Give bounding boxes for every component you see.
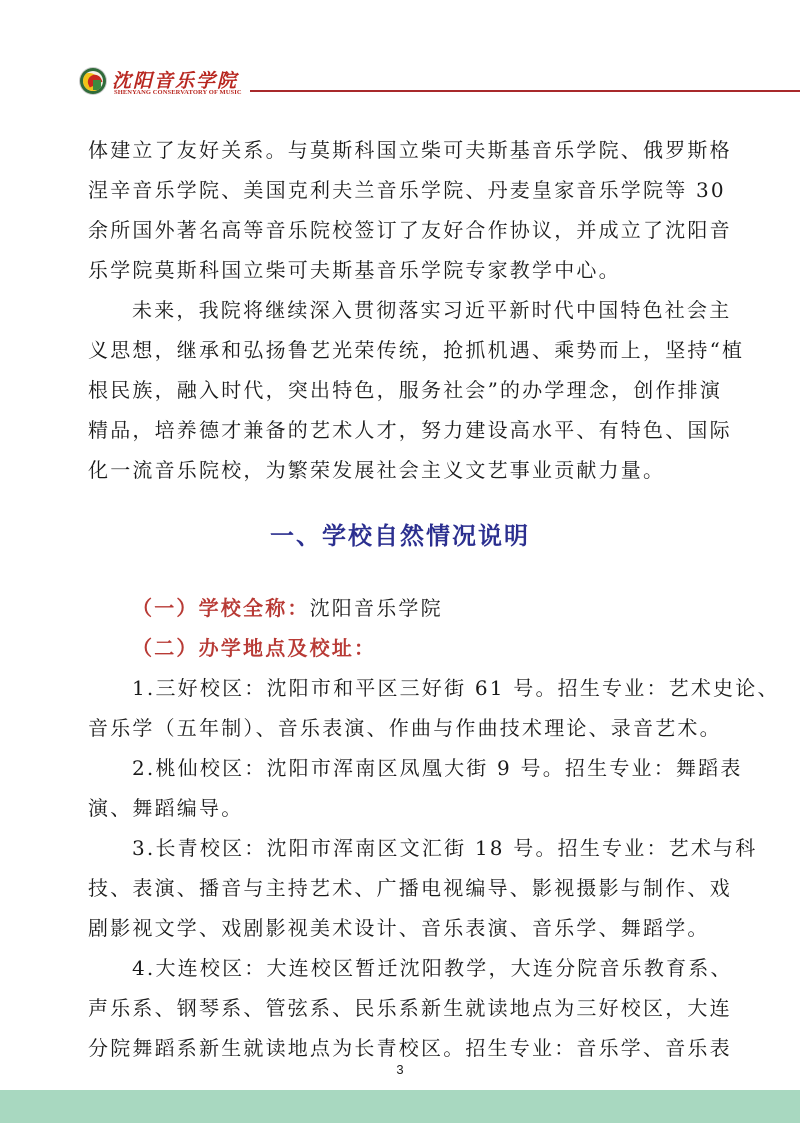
section-body: （一）学校全称：沈阳音乐学院 （二）办学地点及校址： 1.三好校区：沈阳市和平区…: [88, 588, 718, 1068]
school-full-name: （一）学校全称：沈阳音乐学院: [88, 588, 718, 628]
subhead-value: 沈阳音乐学院: [310, 596, 443, 620]
page-number: 3: [0, 1062, 800, 1077]
campus-item: 1.三好校区：沈阳市和平区三好街 61 号。招生专业：艺术史论、 音乐学（五年制…: [88, 668, 718, 748]
campus-item: 2.桃仙校区：沈阳市浑南区凤凰大街 9 号。招生专业：舞蹈表 演、舞蹈编导。: [88, 748, 718, 828]
text-line: 4.大连校区：大连校区暂迁沈阳教学，大连分院音乐教育系、: [88, 948, 718, 988]
document-body: 体建立了友好关系。与莫斯科国立柴可夫斯基音乐学院、俄罗斯格 涅辛音乐学院、美国克…: [88, 130, 718, 490]
text-line: 体建立了友好关系。与莫斯科国立柴可夫斯基音乐学院、俄罗斯格: [88, 130, 718, 170]
page-header: 沈阳音乐学院 SHENYANG CONSERVATORY OF MUSIC: [0, 0, 800, 110]
campus-locations-heading: （二）办学地点及校址：: [88, 628, 718, 668]
text-line: 演、舞蹈编导。: [88, 788, 718, 828]
text-line: 3.长青校区：沈阳市浑南区文汇街 18 号。招生专业：艺术与科: [88, 828, 718, 868]
header-divider: [250, 90, 800, 92]
text-line: 乐学院莫斯科国立柴可夫斯基音乐学院专家教学中心。: [88, 250, 718, 290]
text-line: 未来，我院将继续深入贯彻落实习近平新时代中国特色社会主: [88, 290, 718, 330]
text-line: 1.三好校区：沈阳市和平区三好街 61 号。招生专业：艺术史论、: [88, 668, 718, 708]
text-line: 涅辛音乐学院、美国克利夫兰音乐学院、丹麦皇家音乐学院等 30: [88, 170, 718, 210]
text-line: 技、表演、播音与主持艺术、广播电视编导、影视摄影与制作、戏: [88, 868, 718, 908]
intro-paragraph: 体建立了友好关系。与莫斯科国立柴可夫斯基音乐学院、俄罗斯格 涅辛音乐学院、美国克…: [88, 130, 718, 290]
text-line: 2.桃仙校区：沈阳市浑南区凤凰大街 9 号。招生专业：舞蹈表: [88, 748, 718, 788]
footer-band: [0, 1090, 800, 1123]
text-line: 剧影视文学、戏剧影视美术设计、音乐表演、音乐学、舞蹈学。: [88, 908, 718, 948]
school-emblem-icon: [80, 68, 106, 94]
subhead-label: （二）办学地点及校址：: [132, 636, 376, 660]
text-line: 余所国外著名高等音乐院校签订了友好合作协议，并成立了沈阳音: [88, 210, 718, 250]
campus-item: 3.长青校区：沈阳市浑南区文汇街 18 号。招生专业：艺术与科 技、表演、播音与…: [88, 828, 718, 948]
subhead-label: （一）学校全称：: [132, 596, 310, 620]
text-line: 义思想，继承和弘扬鲁艺光荣传统，抢抓机遇、乘势而上，坚持“植: [88, 330, 718, 370]
text-line: 音乐学（五年制）、音乐表演、作曲与作曲技术理论、录音艺术。: [88, 708, 718, 748]
campus-item: 4.大连校区：大连校区暂迁沈阳教学，大连分院音乐教育系、 声乐系、钢琴系、管弦系…: [88, 948, 718, 1068]
future-paragraph: 未来，我院将继续深入贯彻落实习近平新时代中国特色社会主 义思想，继承和弘扬鲁艺光…: [88, 290, 718, 490]
section-heading: 一、学校自然情况说明: [0, 516, 800, 551]
text-line: 化一流音乐院校，为繁荣发展社会主义文艺事业贡献力量。: [88, 450, 718, 490]
text-line: 精品，培养德才兼备的艺术人才，努力建设高水平、有特色、国际: [88, 410, 718, 450]
logo-english-name: SHENYANG CONSERVATORY OF MUSIC: [114, 89, 242, 96]
text-line: 声乐系、钢琴系、管弦系、民乐系新生就读地点为三好校区，大连: [88, 988, 718, 1028]
text-line: 根民族，融入时代，突出特色，服务社会”的办学理念，创作排演: [88, 370, 718, 410]
